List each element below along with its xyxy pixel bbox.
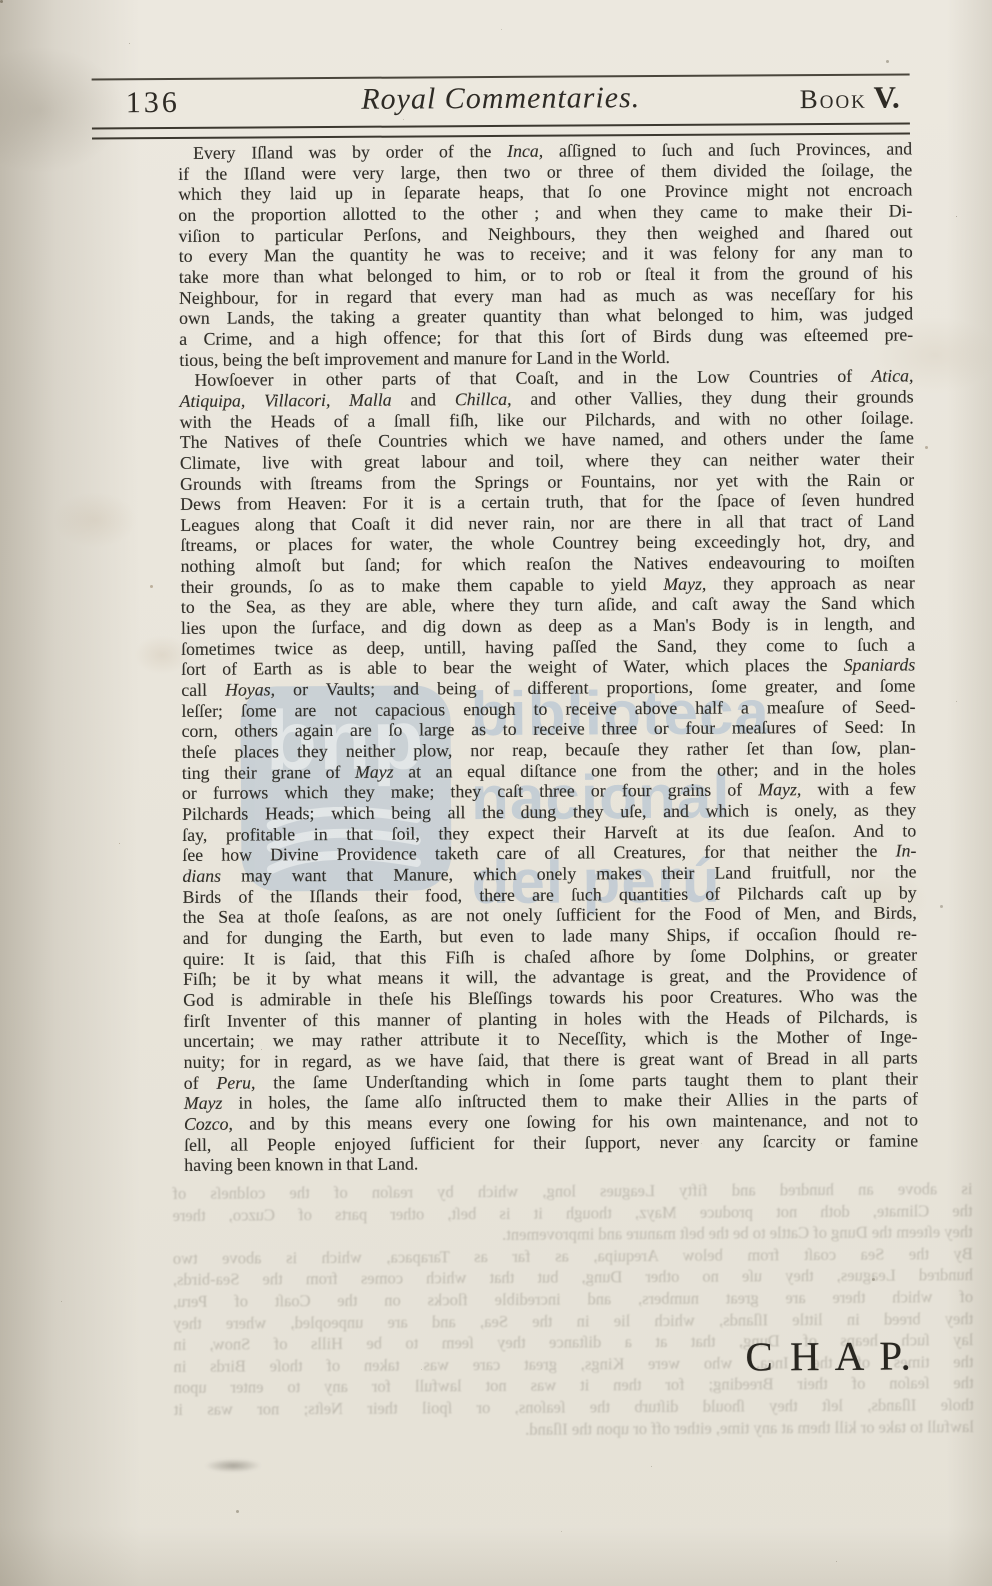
bleedthrough-text: is above an hundred and fifty Leagues lo… [172,1178,974,1442]
running-title: Royal Commentaries. [92,79,910,118]
page-sheet: bnp biblioteca nacional del perú is abov… [0,0,992,1586]
text-line: having been known in that Land. [184,1151,918,1176]
bleedthrough-smudge [200,1457,266,1473]
book-numeral: V. [873,80,899,115]
book-page-scan: bnp biblioteca nacional del perú is abov… [0,0,992,1586]
paragraph: Every Iſland was by order of the Inca, a… [178,138,913,370]
page-header: 136 Royal Commentaries. Book V. [92,79,910,126]
book-heading: Book V. [800,80,900,117]
paragraph: Howſoever in other parts of that Coaſt, … [179,366,918,1176]
book-label: Book [800,84,867,114]
body-text: Every Iſland was by order of the Inca, a… [178,138,918,1175]
catchword: C H A P. [745,1331,914,1380]
